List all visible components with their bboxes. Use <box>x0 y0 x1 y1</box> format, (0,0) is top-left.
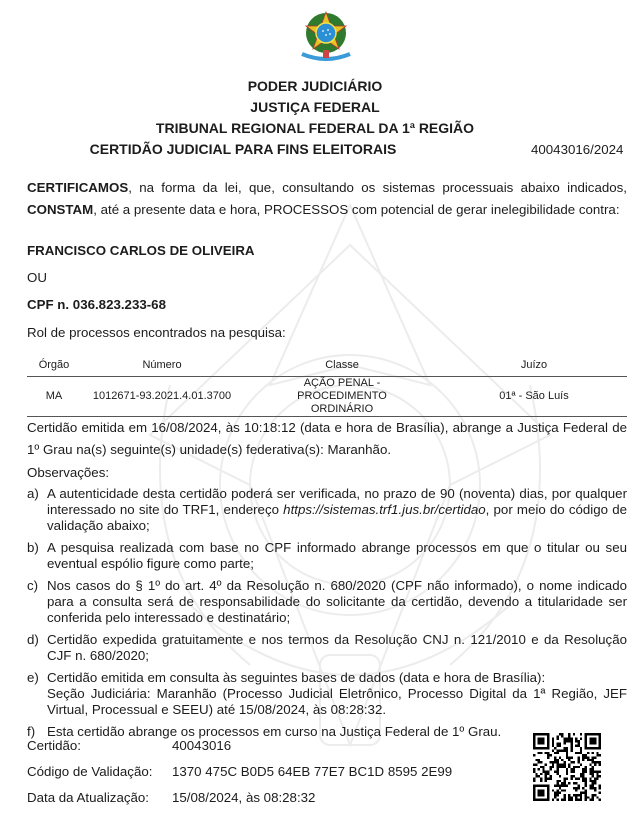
intro-paragraph: CERTIFICAMOS, na forma da lei, que, cons… <box>27 177 627 221</box>
certificate-number: 40043016/2024 <box>531 142 623 157</box>
footer-validation-code: Código de Validação:1370 475C B0D5 64EB … <box>27 764 452 779</box>
observation-marker: d) <box>27 632 39 648</box>
observations-list: a)A autenticidade desta certidão poderá … <box>27 486 627 746</box>
table-row: MA1012671-93.2021.4.01.3700AÇÃO PENAL - … <box>27 376 627 416</box>
brazil-coat-of-arms-icon <box>294 8 358 68</box>
observation-text: A pesquisa realizada com base no CPF inf… <box>47 540 627 571</box>
observation-item: a)A autenticidade desta certidão poderá … <box>27 486 627 534</box>
processes-title: Rol de processos encontrados na pesquisa… <box>27 322 627 344</box>
update-date-label: Data da Atualização: <box>27 790 172 805</box>
certidao-label: Certidão: <box>27 738 172 753</box>
emission-paragraph: Certidão emitida em 16/08/2024, às 10:18… <box>27 417 627 461</box>
table-cell: AÇÃO PENAL - PROCEDIMENTO ORDINÁRIO <box>243 376 441 416</box>
column-header: Classe <box>243 354 441 376</box>
observation-marker: a) <box>27 486 39 502</box>
table-cell: MA <box>27 376 81 416</box>
column-header: Juízo <box>441 354 627 376</box>
document-title: CERTIDÃO JUDICIAL PARA FINS ELEITORAIS <box>0 141 564 157</box>
table-cell: 1012671-93.2021.4.01.3700 <box>81 376 243 416</box>
observation-text: Nos casos do § 1º do art. 4º da Resoluçã… <box>47 578 627 625</box>
observation-text: Seção Judiciária: Maranhão (Processo Jud… <box>47 686 627 717</box>
observation-marker: c) <box>27 578 38 594</box>
subject-cpf: CPF n. 036.823.233-68 <box>27 294 627 316</box>
observations-title: Observações: <box>27 462 627 484</box>
validation-site-link[interactable]: https://sistemas.trf1.jus.br/certidao <box>283 502 486 517</box>
intro-text-1: , na forma da lei, que, consultando os s… <box>128 180 627 195</box>
observation-item: d)Certidão expedida gratuitamente e nos … <box>27 632 627 664</box>
footer-update-date: Data da Atualização:15/08/2024, às 08:28… <box>27 790 315 805</box>
observation-item: b)A pesquisa realizada com base no CPF i… <box>27 540 627 572</box>
observation-text: Esta certidão abrange os processos em cu… <box>47 724 501 739</box>
intro-bold-1: CERTIFICAMOS <box>27 180 128 195</box>
intro-bold-2: CONSTAM <box>27 202 93 217</box>
observation-text: Certidão expedida gratuitamente e nos te… <box>47 632 627 663</box>
observation-item: c)Nos casos do § 1º do art. 4º da Resolu… <box>27 578 627 626</box>
table-cell: 01ª - São Luís <box>441 376 627 416</box>
observation-marker: b) <box>27 540 39 556</box>
header-line-3: TRIBUNAL REGIONAL FEDERAL DA 1ª REGIÃO <box>0 120 636 136</box>
column-header: Número <box>81 354 243 376</box>
header-line-2: JUSTIÇA FEDERAL <box>0 99 636 115</box>
validation-code-label: Código de Validação: <box>27 764 172 779</box>
column-header: Órgão <box>27 354 81 376</box>
subject-name: FRANCISCO CARLOS DE OLIVEIRA <box>27 240 627 262</box>
header-line-1: PODER JUDICIÁRIO <box>0 78 636 94</box>
qr-code-icon <box>533 733 601 801</box>
observation-text: Certidão emitida em consulta às seguinte… <box>47 670 545 685</box>
intro-text-2: , até a presente data e hora, PROCESSOS … <box>93 202 619 217</box>
validation-code-value: 1370 475C B0D5 64EB 77E7 BC1D 8595 2E99 <box>172 764 452 779</box>
certidao-value: 40043016 <box>172 738 231 753</box>
observation-marker: e) <box>27 670 39 686</box>
update-date-value: 15/08/2024, às 08:28:32 <box>172 790 315 805</box>
footer-certidao: Certidão:40043016 <box>27 738 231 753</box>
processes-table: ÓrgãoNúmeroClasseJuízo MA1012671-93.2021… <box>27 354 627 417</box>
subject-or: OU <box>27 267 627 289</box>
observation-item: e)Certidão emitida em consulta às seguin… <box>27 670 627 718</box>
